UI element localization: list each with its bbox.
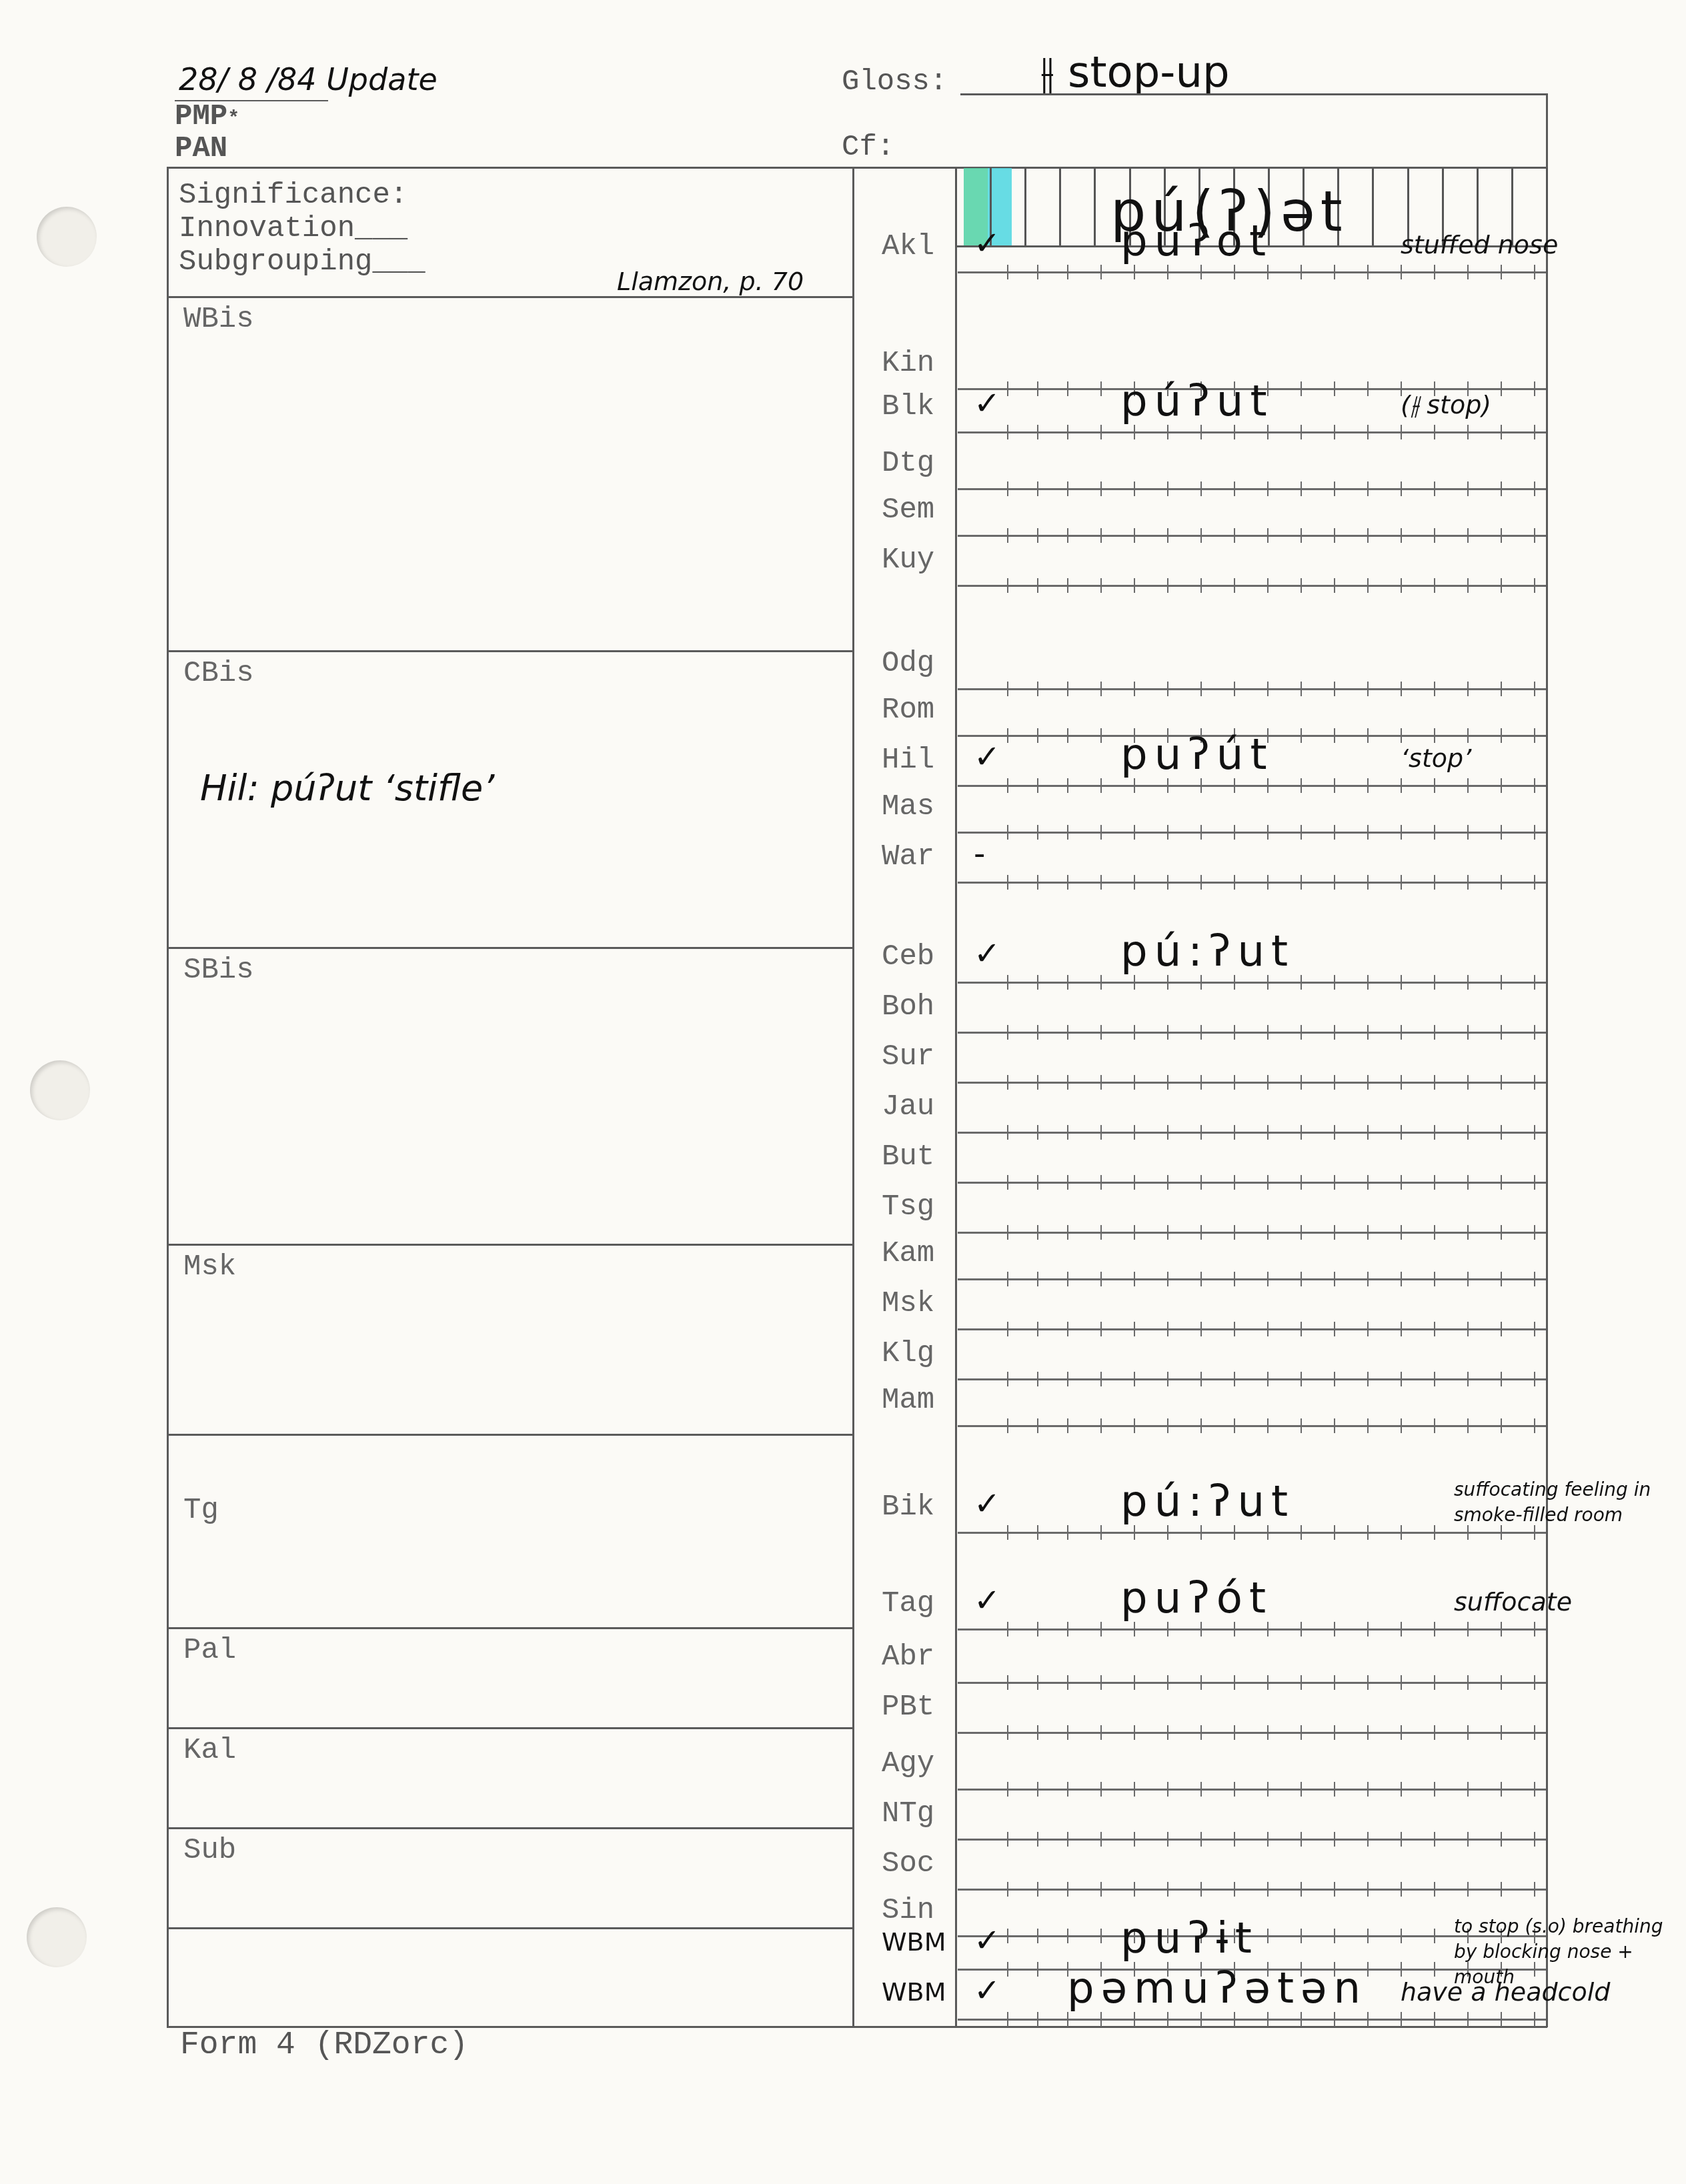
punch-hole-middle: [30, 1060, 90, 1120]
form-footer: Form 4 (RDZorc): [180, 2027, 468, 2063]
language-code: Bik: [882, 1490, 934, 1524]
cognate-gloss: suffocate: [1454, 1587, 1572, 1616]
entry-line[interactable]: [958, 982, 1546, 984]
language-code: Tag: [882, 1587, 934, 1620]
punch-hole-top: [37, 207, 97, 267]
entry-line[interactable]: [958, 1732, 1546, 1734]
section-divider: [167, 1727, 854, 1729]
section-label-tg: Tg: [183, 1494, 219, 1527]
date-field: 28/ 8 /84 Update: [179, 61, 438, 97]
recon-cell-divider: [955, 168, 957, 247]
entry-line[interactable]: [958, 1425, 1546, 1427]
entry-line[interactable]: [958, 1182, 1546, 1184]
entry-line[interactable]: [958, 1378, 1546, 1380]
recon-cell-divider: [1024, 168, 1026, 247]
section-label-msk: Msk: [183, 1250, 236, 1284]
cognate-gloss: stuffed nose: [1401, 230, 1558, 259]
check-mark-icon: ✓: [974, 1922, 1000, 1959]
entry-line[interactable]: [958, 2019, 1546, 2021]
cognate-form: pú:ʔut: [1120, 1477, 1295, 1526]
language-code: War: [882, 840, 934, 874]
cognate-form: pú:ʔut: [1120, 927, 1295, 976]
subgrouping-field[interactable]: Subgrouping___: [179, 245, 426, 279]
entry-line[interactable]: [958, 1628, 1546, 1630]
cognate-form: púʔut: [1120, 377, 1274, 426]
entry-line[interactable]: [958, 1132, 1546, 1134]
entry-line[interactable]: [958, 688, 1546, 690]
gloss-label: Gloss:: [842, 65, 947, 99]
entry-line[interactable]: [958, 271, 1546, 273]
language-code: Abr: [882, 1641, 934, 1674]
language-code: WBM: [882, 1977, 946, 2007]
recon-cell-divider: [1059, 168, 1061, 247]
section-label-wbis: WBis: [183, 303, 254, 336]
innovation-field[interactable]: Innovation___: [179, 212, 407, 245]
check-mark-icon: ✓: [974, 935, 1000, 972]
entry-line[interactable]: [958, 882, 1546, 884]
cbis-note: Hil: púʔut ‘stifle’: [200, 767, 494, 809]
language-code: Sur: [882, 1040, 934, 1074]
update-note: Update: [326, 61, 438, 97]
section-divider: [167, 650, 854, 652]
date-value: 28/ 8 /84: [179, 61, 317, 97]
language-code: Kam: [882, 1237, 934, 1270]
section-label-kal: Kal: [183, 1734, 236, 1767]
language-code: Blk: [882, 390, 934, 423]
pmp-label: PMP*: [175, 100, 239, 133]
entry-line[interactable]: [958, 1789, 1546, 1791]
check-mark-icon: ✓: [974, 738, 1000, 776]
cognate-form: puʔot: [1120, 217, 1273, 266]
cognate-form: puʔɨt: [1120, 1914, 1258, 1963]
entry-line[interactable]: [958, 1278, 1546, 1280]
entry-line[interactable]: [958, 488, 1546, 490]
entry-line[interactable]: [958, 1082, 1546, 1084]
entry-line[interactable]: [958, 1682, 1546, 1684]
language-code: WBM: [882, 1927, 946, 1957]
section-label-cbis: CBis: [183, 657, 254, 690]
section-divider: [167, 947, 854, 949]
recon-cell-divider: [1094, 168, 1096, 247]
language-code: Akl: [882, 230, 934, 263]
cognate-gloss: (⫲ stop): [1401, 390, 1491, 420]
language-code: Rom: [882, 694, 934, 727]
entry-line[interactable]: [958, 535, 1546, 537]
language-code: Hil: [882, 744, 934, 777]
check-mark-icon: ✓: [974, 1485, 1000, 1522]
check-mark-icon: ✓: [974, 385, 1000, 422]
language-code: But: [882, 1140, 934, 1174]
entry-line[interactable]: [958, 1232, 1546, 1234]
cognate-gloss: ‘stop’: [1401, 744, 1471, 773]
language-code: Boh: [882, 990, 934, 1024]
recon-cell-divider: [1372, 168, 1374, 247]
punch-hole-bottom: [27, 1907, 87, 1967]
cognate-form: puʔót: [1120, 1574, 1273, 1623]
language-code: Sin: [882, 1894, 934, 1927]
gloss-value[interactable]: ⫲ stop-up: [1040, 48, 1230, 97]
section-label-sbis: SBis: [183, 954, 254, 987]
language-code: Klg: [882, 1337, 934, 1370]
language-code: Agy: [882, 1747, 934, 1781]
language-code: Odg: [882, 647, 934, 680]
entry-line[interactable]: [958, 431, 1546, 433]
check-mark-icon: ✓: [974, 225, 1000, 262]
check-mark-icon: ✓: [974, 1972, 1000, 2009]
cognate-form: pəmuʔətən: [1067, 1964, 1367, 2013]
language-code: Sem: [882, 493, 934, 527]
language-code: Ceb: [882, 940, 934, 974]
language-code: Dtg: [882, 447, 934, 480]
check-mark-icon: ✓: [974, 1582, 1000, 1619]
reference-note: Llamzon, p. 70: [617, 267, 804, 296]
entry-line[interactable]: [958, 585, 1546, 587]
language-code: Mas: [882, 790, 934, 824]
entry-line[interactable]: [958, 1328, 1546, 1330]
section-label-pal: Pal: [183, 1634, 236, 1667]
language-code: Kin: [882, 347, 934, 380]
entry-line[interactable]: [958, 1839, 1546, 1841]
language-code: Mam: [882, 1384, 934, 1417]
entry-line[interactable]: [958, 832, 1546, 834]
language-code: Kuy: [882, 543, 934, 577]
section-divider: [167, 1434, 854, 1436]
language-code: Tsg: [882, 1190, 934, 1224]
significance-title: Significance:: [179, 179, 407, 212]
language-code: Jau: [882, 1090, 934, 1124]
entry-line[interactable]: [958, 1889, 1546, 1891]
language-code: NTg: [882, 1797, 934, 1831]
language-code: PBt: [882, 1691, 934, 1724]
entry-line[interactable]: [958, 785, 1546, 787]
entry-line[interactable]: [958, 1032, 1546, 1034]
check-mark-icon: -: [974, 835, 985, 872]
language-code: Msk: [882, 1287, 934, 1320]
section-divider: [167, 1627, 854, 1629]
section-divider: [167, 1244, 854, 1246]
cognate-gloss: suffocating feeling in smoke-filled room: [1454, 1477, 1674, 1528]
cognate-form: puʔút: [1120, 730, 1274, 780]
section-divider: [167, 1827, 854, 1829]
cf-label: Cf:: [842, 131, 894, 164]
section-label-sub: Sub: [183, 1834, 236, 1867]
cognate-gloss: have a headcold: [1401, 1977, 1610, 2007]
language-code: Soc: [882, 1847, 934, 1881]
entry-line[interactable]: [958, 1532, 1546, 1534]
pan-label: PAN: [175, 132, 227, 165]
